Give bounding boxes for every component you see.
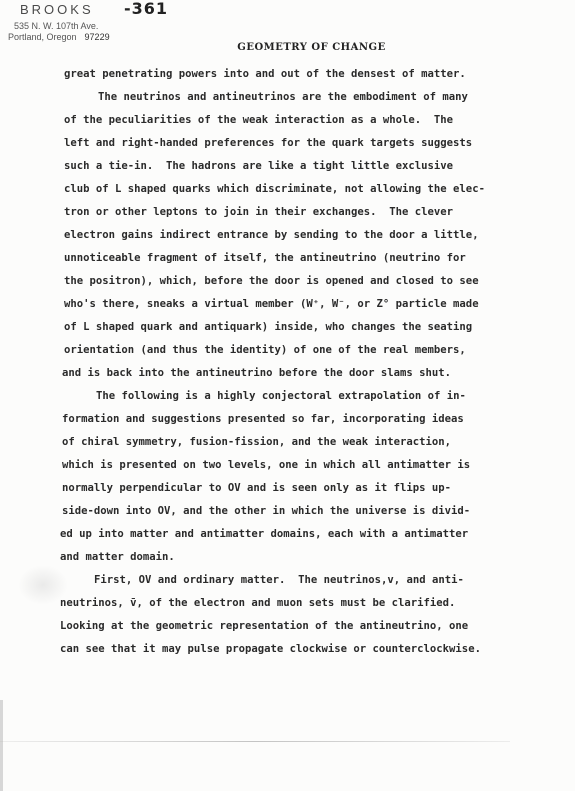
text-line: normally perpendicular to OV and is seen…: [62, 477, 564, 500]
text-line: formation and suggestions presented so f…: [62, 408, 564, 431]
stamp-name: BROOKS: [20, 2, 94, 17]
scan-edge-line: [0, 741, 510, 742]
text-line: ed up into matter and antimatter domains…: [60, 523, 564, 546]
text-line: unnoticeable fragment of itself, the ant…: [64, 247, 564, 270]
stamp-address-zip: 97229: [85, 32, 110, 42]
text-line: neutrinos, v̄, of the electron and muon …: [60, 592, 564, 615]
text-line: of chiral symmetry, fusion-fission, and …: [62, 431, 564, 454]
document-page: BROOKS -361 535 N. W. 107th Ave. Portlan…: [0, 0, 575, 791]
stamp-address-city: Portland, Oregon: [8, 32, 77, 42]
text-line: First, OV and ordinary matter. The neutr…: [60, 569, 564, 592]
document-title: GEOMETRY OF CHANGE: [0, 42, 575, 53]
text-line: tron or other leptons to join in their e…: [64, 201, 564, 224]
text-line: of the peculiarities of the weak interac…: [64, 109, 564, 132]
handwritten-page-code: -361: [124, 0, 168, 18]
text-line: who's there, sneaks a virtual member (W⁺…: [64, 293, 564, 316]
text-line: The neutrinos and antineutrinos are the …: [64, 86, 564, 109]
text-line: and is back into the antineutrino before…: [62, 362, 564, 385]
text-line: side-down into OV, and the other in whic…: [62, 500, 564, 523]
stamp-address-city-line: Portland, Oregon97229: [8, 32, 110, 42]
text-line: The following is a highly conjectoral ex…: [62, 385, 564, 408]
text-line: Looking at the geometric representation …: [60, 615, 564, 638]
document-body: great penetrating powers into and out of…: [64, 63, 564, 661]
text-line: club of L shaped quarks which discrimina…: [64, 178, 564, 201]
text-line: great penetrating powers into and out of…: [64, 63, 564, 86]
text-line: left and right-handed preferences for th…: [64, 132, 564, 155]
text-line: can see that it may pulse propagate cloc…: [60, 638, 564, 661]
text-line: of L shaped quark and antiquark) inside,…: [64, 316, 564, 339]
text-line: the positron), which, before the door is…: [64, 270, 564, 293]
text-line: such a tie-in. The hadrons are like a ti…: [64, 155, 564, 178]
scan-left-edge: [0, 700, 3, 791]
stamp-address-street: 535 N. W. 107th Ave.: [14, 21, 98, 31]
text-line: orientation (and thus the identity) of o…: [64, 339, 564, 362]
text-line: and matter domain.: [60, 546, 564, 569]
scan-smudge: [18, 565, 68, 605]
text-line: electron gains indirect entrance by send…: [64, 224, 564, 247]
text-line: which is presented on two levels, one in…: [62, 454, 564, 477]
